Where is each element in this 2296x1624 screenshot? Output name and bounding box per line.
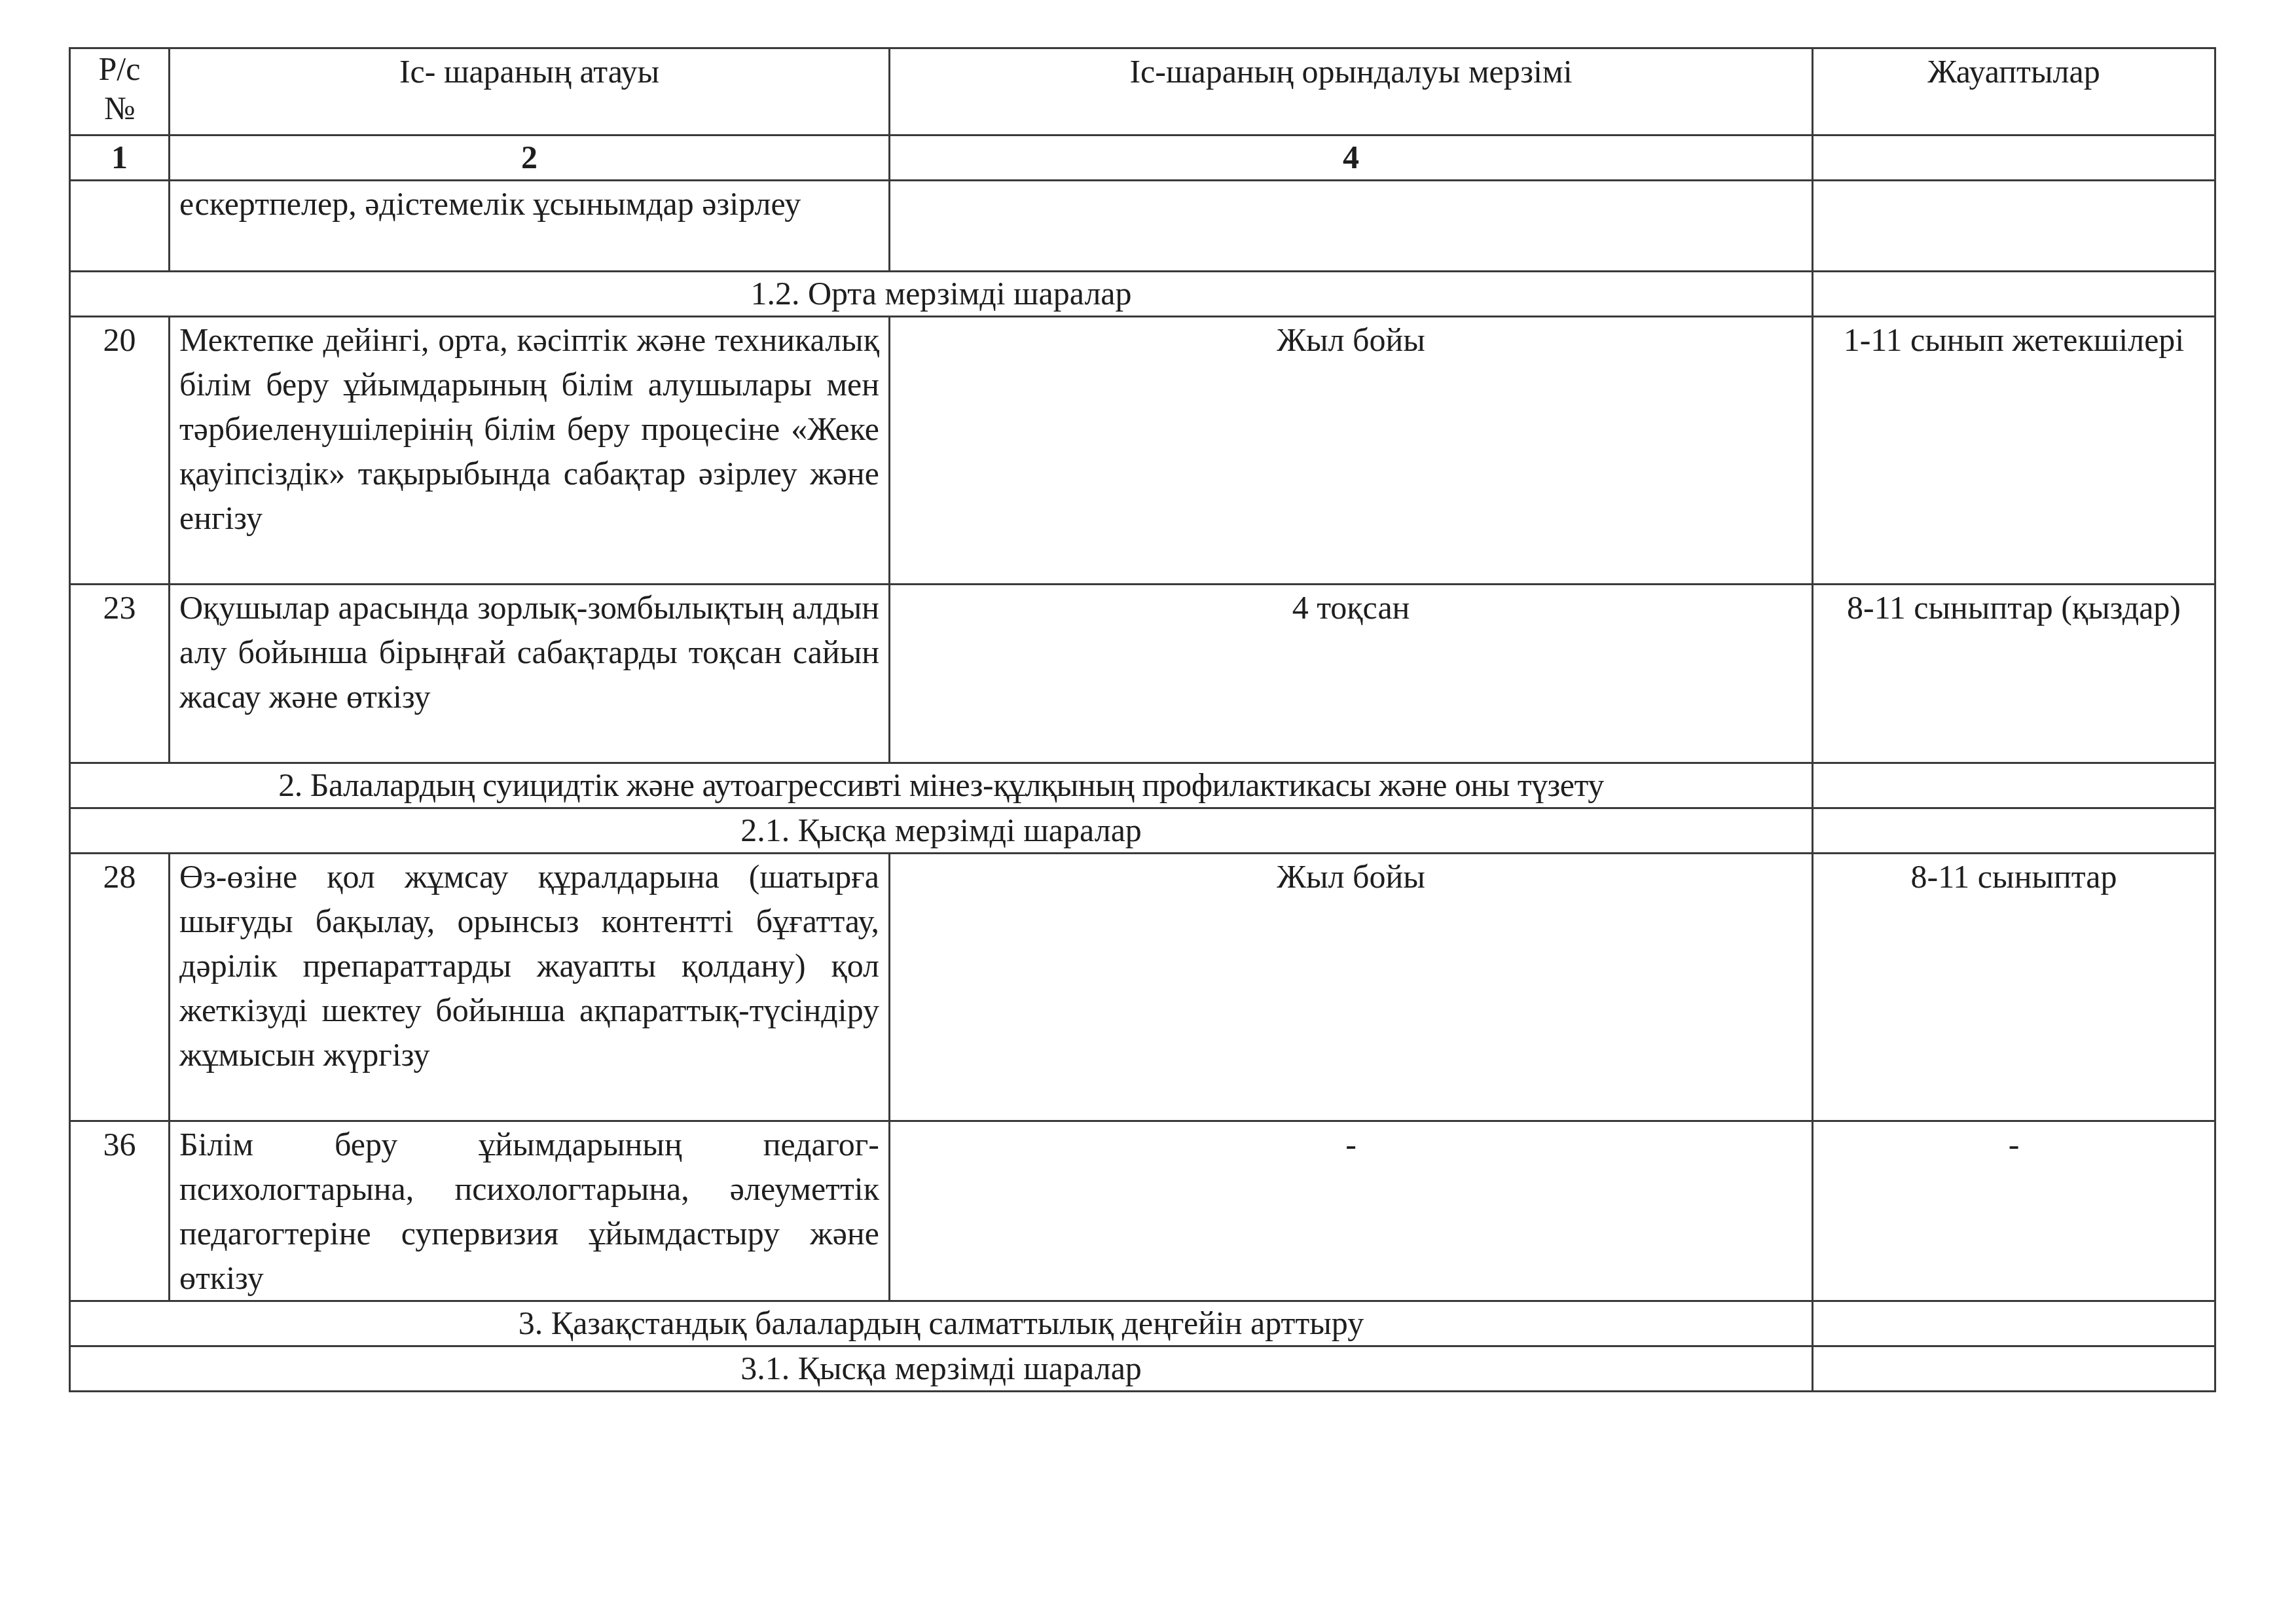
table-row: ескертпелер, әдістемелік ұсынымдар әзірл…: [70, 181, 2215, 272]
table-row: 28 Өз-өзіне қол жұмсау құралдарына (шаты…: [70, 854, 2215, 1121]
row-event-name: Өз-өзіне қол жұмсау құралдарына (шатырға…: [170, 854, 890, 1121]
table-row: 20 Мектепке дейінгі, орта, кәсіптік және…: [70, 317, 2215, 585]
column-number-2: 2: [170, 135, 890, 181]
row-deadline: -: [890, 1121, 1813, 1301]
section-heading-1-2: 1.2. Орта мерзімді шаралар: [70, 272, 1813, 317]
header-number: Р/с №: [70, 48, 170, 135]
section-empty-cell: [1813, 272, 2215, 317]
row-number: [70, 181, 170, 272]
row-responsible: [1813, 181, 2215, 272]
column-number-4: 4: [890, 135, 1813, 181]
section-heading-3: 3. Қазақстандық балалардың салматтылық д…: [70, 1301, 1813, 1346]
header-responsible: Жауаптылар: [1813, 48, 2215, 135]
row-responsible: 8-11 сыныптар (қыздар): [1813, 585, 2215, 763]
row-deadline: 4 тоқсан: [890, 585, 1813, 763]
action-plan-table: Р/с № Іс- шараның атауы Іс-шараның орынд…: [69, 47, 2216, 1392]
section-row: 3.1. Қысқа мерзімді шаралар: [70, 1346, 2215, 1392]
section-empty-cell: [1813, 1346, 2215, 1392]
row-number: 23: [70, 585, 170, 763]
section-heading-2-1: 2.1. Қысқа мерзімді шаралар: [70, 808, 1813, 854]
section-empty-cell: [1813, 763, 2215, 808]
row-event-name: Мектепке дейінгі, орта, кәсіптік және те…: [170, 317, 890, 585]
column-number-1: 1: [70, 135, 170, 181]
row-deadline: Жыл бойы: [890, 317, 1813, 585]
row-number: 36: [70, 1121, 170, 1301]
row-event-name: ескертпелер, әдістемелік ұсынымдар әзірл…: [170, 181, 890, 272]
section-row: 2.1. Қысқа мерзімді шаралар: [70, 808, 2215, 854]
row-event-name: Оқушылар арасында зорлық-зомбылықтың алд…: [170, 585, 890, 763]
section-row: 2. Балалардың суицидтік және аутоагресси…: [70, 763, 2215, 808]
row-number: 20: [70, 317, 170, 585]
section-empty-cell: [1813, 808, 2215, 854]
section-empty-cell: [1813, 1301, 2215, 1346]
row-responsible: -: [1813, 1121, 2215, 1301]
column-number-empty: [1813, 135, 2215, 181]
row-deadline: Жыл бойы: [890, 854, 1813, 1121]
section-row: 3. Қазақстандық балалардың салматтылық д…: [70, 1301, 2215, 1346]
header-event-name: Іс- шараның атауы: [170, 48, 890, 135]
header-deadline: Іс-шараның орындалуы мерзімі: [890, 48, 1813, 135]
row-number: 28: [70, 854, 170, 1121]
table-row: 36 Білім беру ұйымдарының педагог-психол…: [70, 1121, 2215, 1301]
row-event-name: Білім беру ұйымдарының педагог-психологт…: [170, 1121, 890, 1301]
header-row: Р/с № Іс- шараның атауы Іс-шараның орынд…: [70, 48, 2215, 135]
row-responsible: 1-11 сынып жетекшілері: [1813, 317, 2215, 585]
section-heading-3-1: 3.1. Қысқа мерзімді шаралар: [70, 1346, 1813, 1392]
column-number-row: 1 2 4: [70, 135, 2215, 181]
row-deadline: [890, 181, 1813, 272]
row-responsible: 8-11 сыныптар: [1813, 854, 2215, 1121]
section-row: 1.2. Орта мерзімді шаралар: [70, 272, 2215, 317]
table-row: 23 Оқушылар арасында зорлық-зомбылықтың …: [70, 585, 2215, 763]
section-heading-2: 2. Балалардың суицидтік және аутоагресси…: [70, 763, 1813, 808]
